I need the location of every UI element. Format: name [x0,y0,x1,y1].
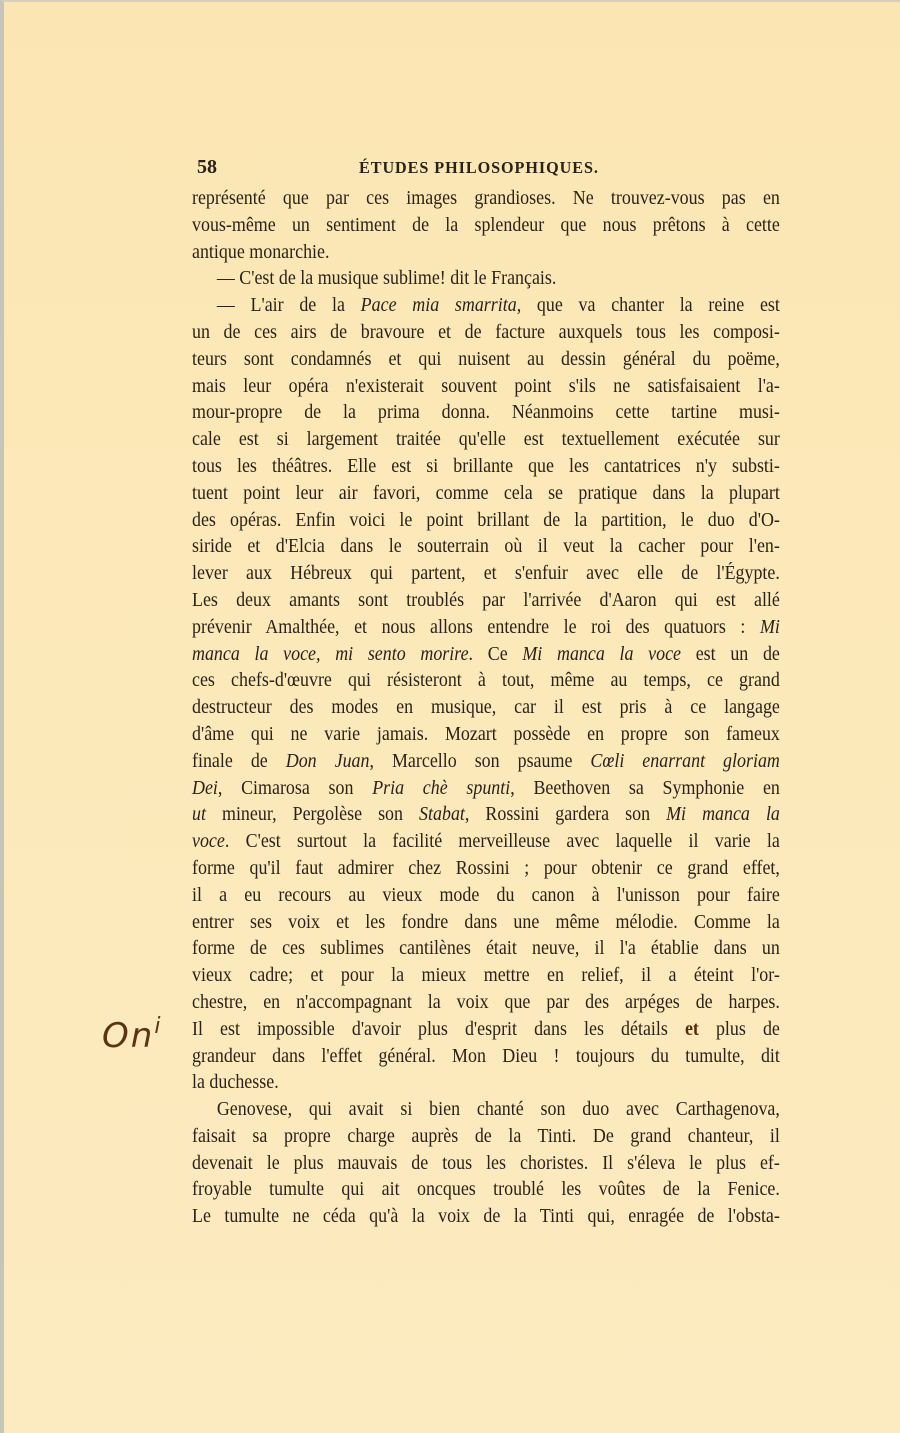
italic-title: ut [192,804,206,825]
text-line: forme qu'il faut admirer chez Rossini ; … [192,856,780,883]
text-segment: lever aux Hébreux qui partent, et s'enfu… [192,563,780,584]
italic-title: manca la voce, mi sento morire [192,644,469,665]
text-segment: mour-propre de la prima donna. Néanmoins… [192,402,780,423]
text-line: forme de ces sublimes cantilènes était n… [192,936,780,963]
text-line: grandeur dans l'effet général. Mon Dieu … [192,1044,780,1071]
text-segment: est un de [681,644,780,665]
text-segment: antique monarchie. [192,242,329,263]
text-segment: devenait le plus mauvais de tous les cho… [192,1153,780,1174]
text-segment: teurs sont condamnés et qui nuisent au d… [192,349,780,370]
running-head: 58 ÉTUDES PHILOSOPHIQUES. [197,156,777,182]
text-line: Les deux amants sont troublés par l'arri… [192,588,780,615]
text-line: faisait sa propre charge auprès de la Ti… [192,1124,780,1151]
page-number: 58 [197,156,217,179]
text-segment: grandeur dans l'effet général. Mon Dieu … [192,1046,780,1067]
text-segment: , Beethoven sa Symphonie en [510,778,780,799]
text-line: cale est si largement traitée qu'elle es… [192,427,780,454]
text-line: lever aux Hébreux qui partent, et s'enfu… [192,561,780,588]
text-line: un de ces airs de bravoure et de facture… [192,320,780,347]
text-line: voce. C'est surtout la facilité merveill… [192,829,780,856]
text-segment: un de ces airs de bravoure et de facture… [192,322,780,343]
text-line: ces chefs-d'œuvre qui résisteront à tout… [192,668,780,695]
text-line: antique monarchie. [192,240,780,267]
text-line: chestre, en n'accompagnant la voix que p… [192,990,780,1017]
text-line: Genovese, qui avait si bien chanté son d… [192,1097,780,1124]
text-segment: Les deux amants sont troublés par l'arri… [192,590,780,611]
text-line: froyable tumulte qui ait oncques troublé… [192,1177,780,1204]
text-segment: Genovese, qui avait si bien chanté son d… [217,1099,780,1120]
text-line: vous-même un sentiment de la splendeur q… [192,213,780,240]
margin-note-text: On [102,1016,154,1056]
text-segment: mais leur opéra n'existerait souvent poi… [192,376,780,397]
text-line: mais leur opéra n'existerait souvent poi… [192,374,780,401]
text-segment: siride et d'Elcia dans le souterrain où … [192,536,780,557]
handwritten-margin-note: Oni [102,1014,162,1056]
text-line: destructeur des modes en musique, car il… [192,695,780,722]
text-line: siride et d'Elcia dans le souterrain où … [192,534,780,561]
text-line: Le tumulte ne céda qu'à la voix de la Ti… [192,1204,780,1231]
text-segment: finale de [192,751,286,772]
text-segment: la duchesse. [192,1072,279,1093]
italic-title: Mi manca la [666,804,780,825]
text-segment: chestre, en n'accompagnant la voix que p… [192,992,780,1013]
text-segment: ces chefs-d'œuvre qui résisteront à tout… [192,670,780,691]
text-segment: il a eu recours au vieux mode du canon à… [192,885,780,906]
text-line: prévenir Amalthée, et nous allons entend… [192,615,780,642]
text-line: la duchesse. [192,1070,780,1097]
margin-note-mark: i [154,1014,162,1039]
text-segment: , que va chanter la reine est [517,295,780,316]
text-segment: plus de [699,1019,780,1040]
text-segment: destructeur des modes en musique, car il… [192,697,780,718]
body-text: représenté que par ces images grandioses… [192,186,780,1231]
text-segment: . C'est surtout la facilité merveilleuse… [225,831,780,852]
text-segment: prévenir Amalthée, et nous allons entend… [192,617,760,638]
text-segment: — L'air de la [217,295,361,316]
text-line: tuent point leur air favori, comme cela … [192,481,780,508]
italic-title: Dei [192,778,218,799]
italic-title: Mi [760,617,780,638]
text-segment: , Marcello son psaume [370,751,591,772]
text-segment: forme de ces sublimes cantilènes était n… [192,938,780,959]
text-segment: tous les théâtres. Elle est si brillante… [192,456,780,477]
italic-title: Pace mia smarrita [361,295,517,316]
text-segment: mineur, Pergolèse son [206,804,419,825]
italic-title: Mi manca la voce [522,644,681,665]
text-line: entrer ses voix et les fondre dans une m… [192,910,780,937]
text-line: ut mineur, Pergolèse son Stabat, Rossini… [192,802,780,829]
text-line: d'âme qui ne varie jamais. Mozart possèd… [192,722,780,749]
text-segment: — C'est de la musique sublime! dit le Fr… [217,268,557,289]
text-segment: entrer ses voix et les fondre dans une m… [192,912,780,933]
text-line: devenait le plus mauvais de tous les cho… [192,1151,780,1178]
text-line: Il est impossible d'avoir plus d'esprit … [192,1017,780,1044]
text-segment: d'âme qui ne varie jamais. Mozart possèd… [192,724,780,745]
book-page: 58 ÉTUDES PHILOSOPHIQUES. représenté que… [0,0,900,1433]
ink-stained-word: et [685,1017,699,1044]
running-title: ÉTUDES PHILOSOPHIQUES. [359,158,599,178]
text-segment: représenté que par ces images grandioses… [192,188,780,209]
text-line: représenté que par ces images grandioses… [192,186,780,213]
text-segment: vieux cadre; et pour la mieux mettre en … [192,965,780,986]
text-line: Dei, Cimarosa son Pria chè spunti, Beeth… [192,776,780,803]
text-segment: tuent point leur air favori, comme cela … [192,483,780,504]
text-segment: Le tumulte ne céda qu'à la voix de la Ti… [192,1206,780,1227]
italic-title: Pria chè spunti [372,778,510,799]
text-segment: forme qu'il faut admirer chez Rossini ; … [192,858,780,879]
text-line: — C'est de la musique sublime! dit le Fr… [192,266,780,293]
text-segment: froyable tumulte qui ait oncques troublé… [192,1179,780,1200]
text-segment: faisait sa propre charge auprès de la Ti… [192,1126,780,1147]
italic-title: Cœli enarrant gloriam [590,751,779,772]
text-segment: cale est si largement traitée qu'elle es… [192,429,780,450]
text-segment: vous-même un sentiment de la splendeur q… [192,215,780,236]
text-line: des opéras. Enfin voici le point brillan… [192,508,780,535]
text-segment: Il est impossible d'avoir plus d'esprit … [192,1019,685,1040]
italic-title: Don Juan [286,751,370,772]
text-segment: , Rossini gardera son [465,804,666,825]
text-line: — L'air de la Pace mia smarrita, que va … [192,293,780,320]
text-line: vieux cadre; et pour la mieux mettre en … [192,963,780,990]
text-line: tous les théâtres. Elle est si brillante… [192,454,780,481]
text-segment: des opéras. Enfin voici le point brillan… [192,510,780,531]
italic-title: voce [192,831,225,852]
text-line: manca la voce, mi sento morire. Ce Mi ma… [192,642,780,669]
italic-title: Stabat [419,804,465,825]
text-segment: , Cimarosa son [218,778,372,799]
text-segment: . Ce [469,644,523,665]
text-line: finale de Don Juan, Marcello son psaume … [192,749,780,776]
text-line: teurs sont condamnés et qui nuisent au d… [192,347,780,374]
text-line: mour-propre de la prima donna. Néanmoins… [192,400,780,427]
text-line: il a eu recours au vieux mode du canon à… [192,883,780,910]
